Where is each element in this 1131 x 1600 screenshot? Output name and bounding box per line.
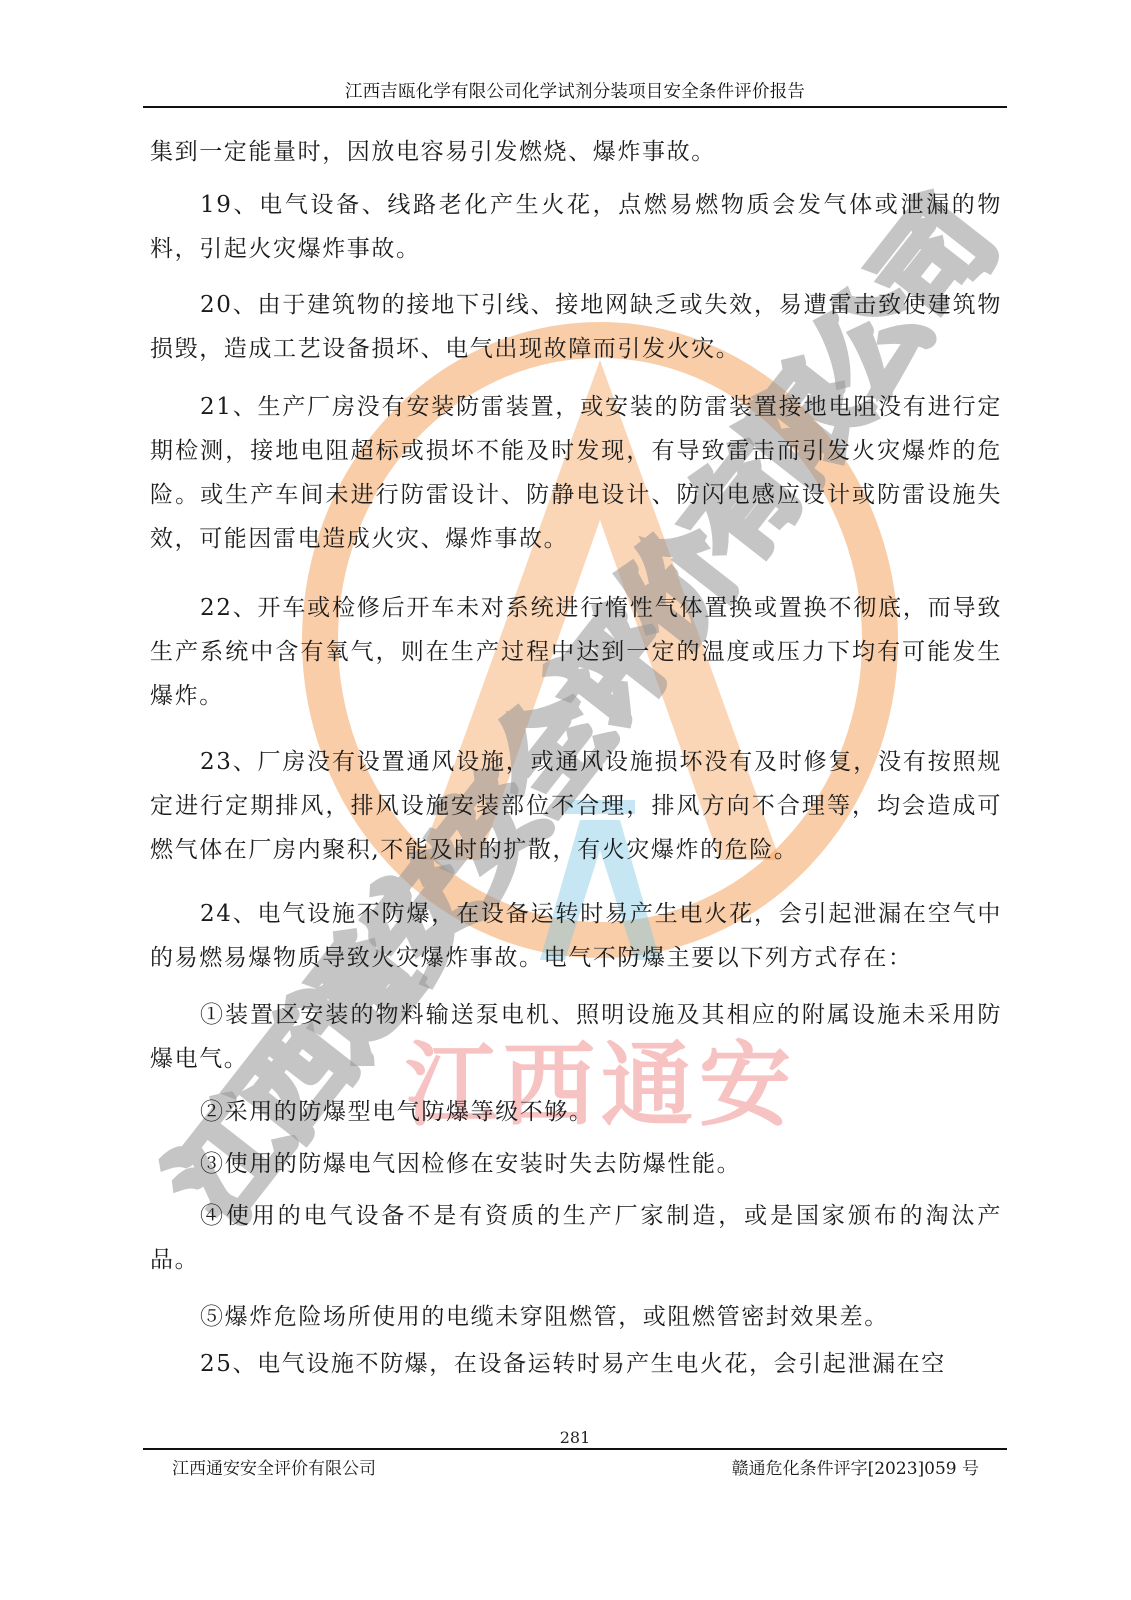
paragraph-item-24-sub-3: ③使用的防爆电气因检修在安装时失去防爆性能。 [150, 1142, 1002, 1186]
paragraph-continuation: 集到一定能量时，因放电容易引发燃烧、爆炸事故。 [150, 130, 1002, 174]
paragraph-item-22: 22、开车或检修后开车未对系统进行惰性气体置换或置换不彻底，而导致生产系统中含有… [150, 586, 1002, 718]
paragraph-item-24: 24、电气设施不防爆，在设备运转时易产生电火花，会引起泄漏在空气中的易燃易爆物质… [150, 892, 1002, 980]
paragraph-item-25: 25、电气设施不防爆，在设备运转时易产生电火花，会引起泄漏在空 [150, 1342, 1002, 1386]
paragraph-item-24-sub-4: ④使用的电气设备不是有资质的生产厂家制造，或是国家颁布的淘汰产品。 [150, 1194, 1002, 1282]
paragraph-item-24-sub-2: ②采用的防爆型电气防爆等级不够。 [150, 1090, 1002, 1134]
header-divider [143, 106, 1007, 108]
paragraph-item-20: 20、由于建筑物的接地下引线、接地网缺乏或失效，易遭雷击致使建筑物损毁，造成工艺… [150, 283, 1002, 371]
page-number: 281 [143, 1428, 1007, 1447]
paragraph-item-21: 21、生产厂房没有安装防雷装置，或安装的防雷装置接地电阻没有进行定期检测，接地电… [150, 385, 1002, 561]
paragraph-item-19: 19、电气设备、线路老化产生火花，点燃易燃物质会发气体或泄漏的物料，引起火灾爆炸… [150, 183, 1002, 271]
footer-divider [143, 1448, 1007, 1450]
page-header-title: 江西吉瓯化学有限公司化学试剂分装项目安全条件评价报告 [143, 78, 1007, 103]
footer-doc-number: 赣通危化条件评字[2023]059 号 [732, 1454, 979, 1479]
paragraph-item-24-sub-1: ①装置区安装的物料输送泵电机、照明设施及其相应的附属设施未采用防爆电气。 [150, 993, 1002, 1081]
footer-company: 江西通安安全评价有限公司 [172, 1454, 376, 1479]
paragraph-item-23: 23、厂房没有设置通风设施，或通风设施损坏没有及时修复，没有按照规定进行定期排风… [150, 740, 1002, 872]
paragraph-item-24-sub-5: ⑤爆炸危险场所使用的电缆未穿阻燃管，或阻燃管密封效果差。 [150, 1295, 1002, 1339]
